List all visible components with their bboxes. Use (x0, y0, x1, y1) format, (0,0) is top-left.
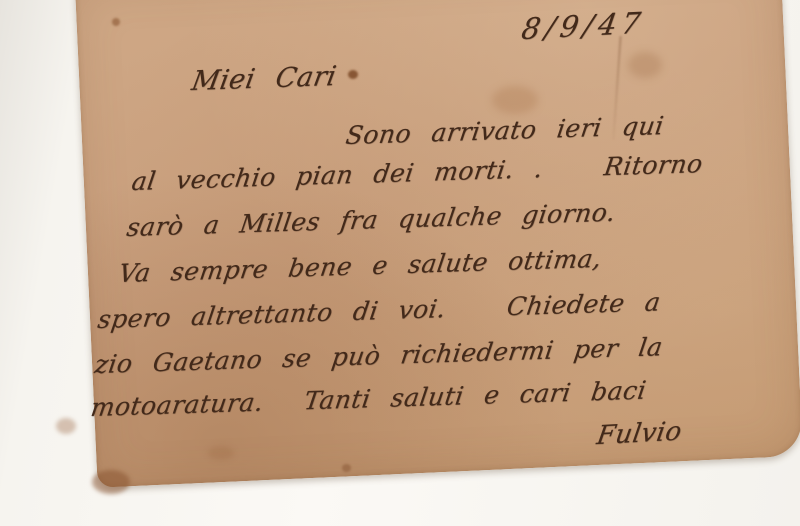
body-line-1: Sono arrivato ieri qui (344, 111, 666, 150)
salutation: Miei Cari (189, 61, 339, 97)
body-line-3: sarò a Milles fra qualche giorno. (125, 198, 618, 242)
body-line-2: al vecchio pian dei morti. . Ritorno (130, 149, 705, 196)
body-line-7: motoaratura. Tanti saluti e cari baci (89, 375, 648, 422)
body-line-4: Va sempre bene e salute ottima, (117, 244, 604, 288)
body-line-6: zio Gaetano se può richiedermi per la (93, 332, 665, 379)
scanned-postcard-photo: 8/9/47 Miei Cari Sono arrivato ieri qui … (0, 0, 800, 526)
handwritten-date: 8/9/47 (519, 5, 648, 46)
body-line-5: spero altrettanto di voi. Chiedete a (96, 287, 663, 334)
signature: Fulvio (595, 416, 684, 451)
handwriting-layer: 8/9/47 Miei Cari Sono arrivato ieri qui … (0, 0, 800, 526)
